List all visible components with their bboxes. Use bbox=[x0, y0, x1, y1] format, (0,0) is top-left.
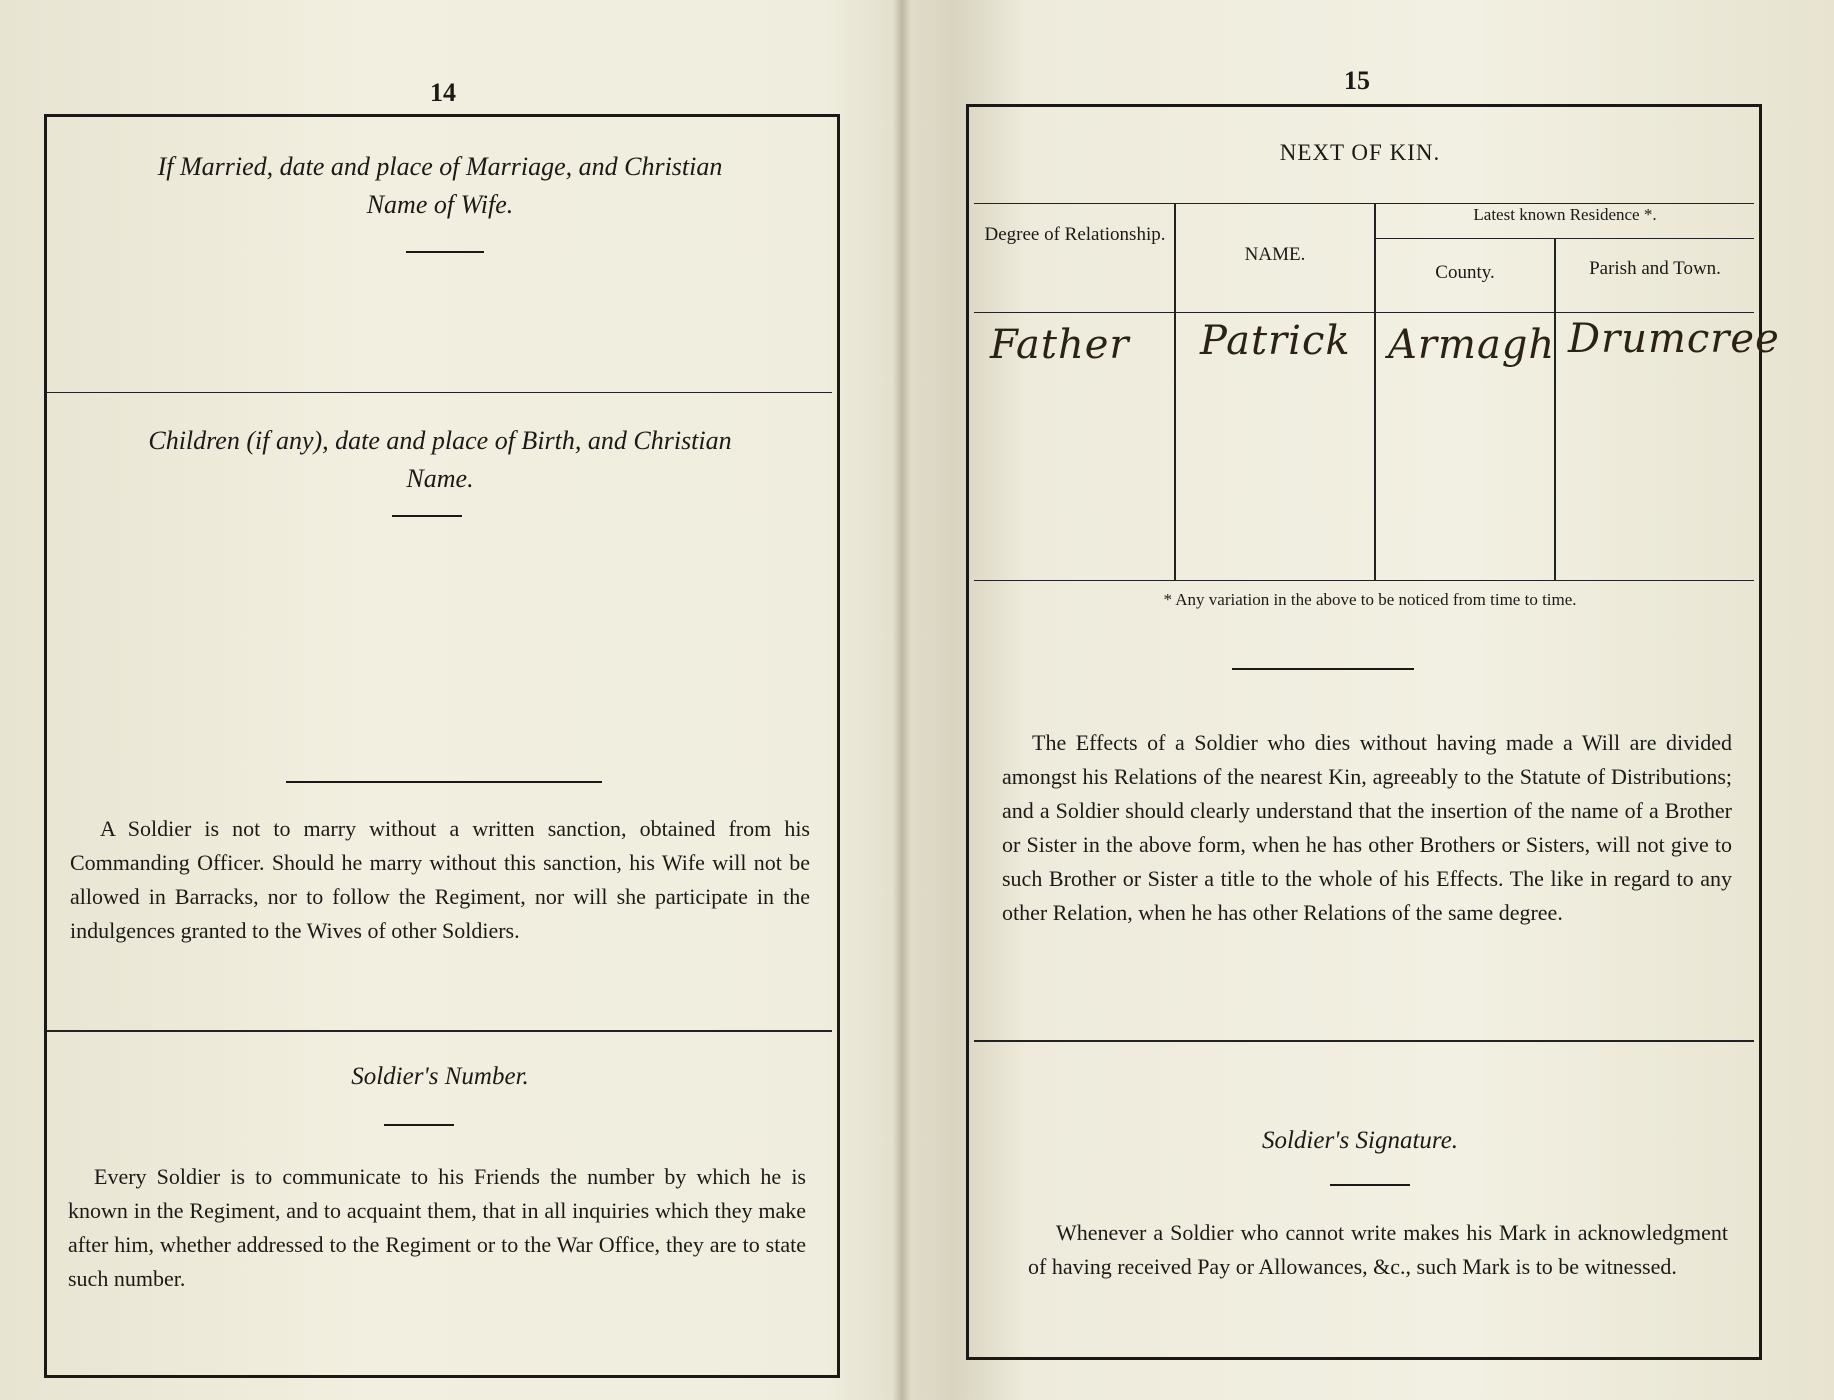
divider bbox=[286, 781, 602, 783]
signature-heading: Soldier's Signature. bbox=[1060, 1122, 1660, 1160]
signature-paragraph: Whenever a Soldier who cannot write make… bbox=[1028, 1216, 1728, 1284]
divider bbox=[1330, 1184, 1410, 1186]
page-number: 15 bbox=[1344, 66, 1370, 96]
header-parish: Parish and Town. bbox=[1560, 258, 1750, 280]
entry-degree: Father bbox=[990, 322, 1130, 368]
divider bbox=[406, 251, 484, 253]
header-county: County. bbox=[1380, 262, 1550, 284]
divider bbox=[384, 1124, 454, 1126]
header-name: NAME. bbox=[1180, 244, 1370, 266]
divider bbox=[392, 515, 462, 517]
effects-paragraph: The Effects of a Soldier who dies withou… bbox=[1002, 726, 1732, 930]
table-bottom-rule bbox=[974, 580, 1754, 581]
marriage-heading-line1: If Married, date and place of Marriage, … bbox=[90, 148, 790, 186]
divider bbox=[1232, 668, 1414, 670]
residence-group-rule bbox=[1374, 238, 1754, 239]
table-header-rule bbox=[974, 312, 1754, 313]
entry-name: Patrick bbox=[1200, 318, 1351, 364]
header-degree: Degree of Relationship. bbox=[980, 224, 1170, 246]
next-of-kin-title: NEXT OF KIN. bbox=[1170, 140, 1550, 166]
column-divider bbox=[1174, 204, 1176, 580]
column-divider bbox=[1374, 204, 1376, 580]
page-15: 15 NEXT OF KIN. Degree of Relationship. … bbox=[910, 0, 1834, 1400]
column-divider bbox=[1554, 239, 1556, 580]
entry-county: Armagh bbox=[1388, 322, 1555, 368]
section-divider bbox=[46, 1030, 832, 1032]
children-heading-line1: Children (if any), date and place of Bir… bbox=[90, 422, 790, 460]
children-heading: Children (if any), date and place of Bir… bbox=[90, 422, 790, 498]
soldier-number-paragraph: Every Soldier is to communicate to his F… bbox=[68, 1160, 806, 1296]
children-heading-line2: Name. bbox=[90, 460, 790, 498]
soldier-number-heading: Soldier's Number. bbox=[90, 1058, 790, 1096]
header-residence: Latest known Residence *. bbox=[1380, 204, 1750, 226]
page-14: 14 If Married, date and place of Marriag… bbox=[0, 0, 895, 1400]
section-divider bbox=[974, 1040, 1754, 1042]
entry-parish: Drumcree bbox=[1568, 316, 1780, 362]
marriage-heading-line2: Name of Wife. bbox=[90, 186, 790, 224]
footnote: * Any variation in the above to be notic… bbox=[1070, 590, 1670, 610]
book-spine bbox=[893, 0, 911, 1400]
marriage-heading: If Married, date and place of Marriage, … bbox=[90, 148, 790, 224]
page-number: 14 bbox=[430, 78, 456, 108]
marriage-rule-paragraph: A Soldier is not to marry without a writ… bbox=[70, 812, 810, 948]
section-divider bbox=[46, 392, 832, 393]
